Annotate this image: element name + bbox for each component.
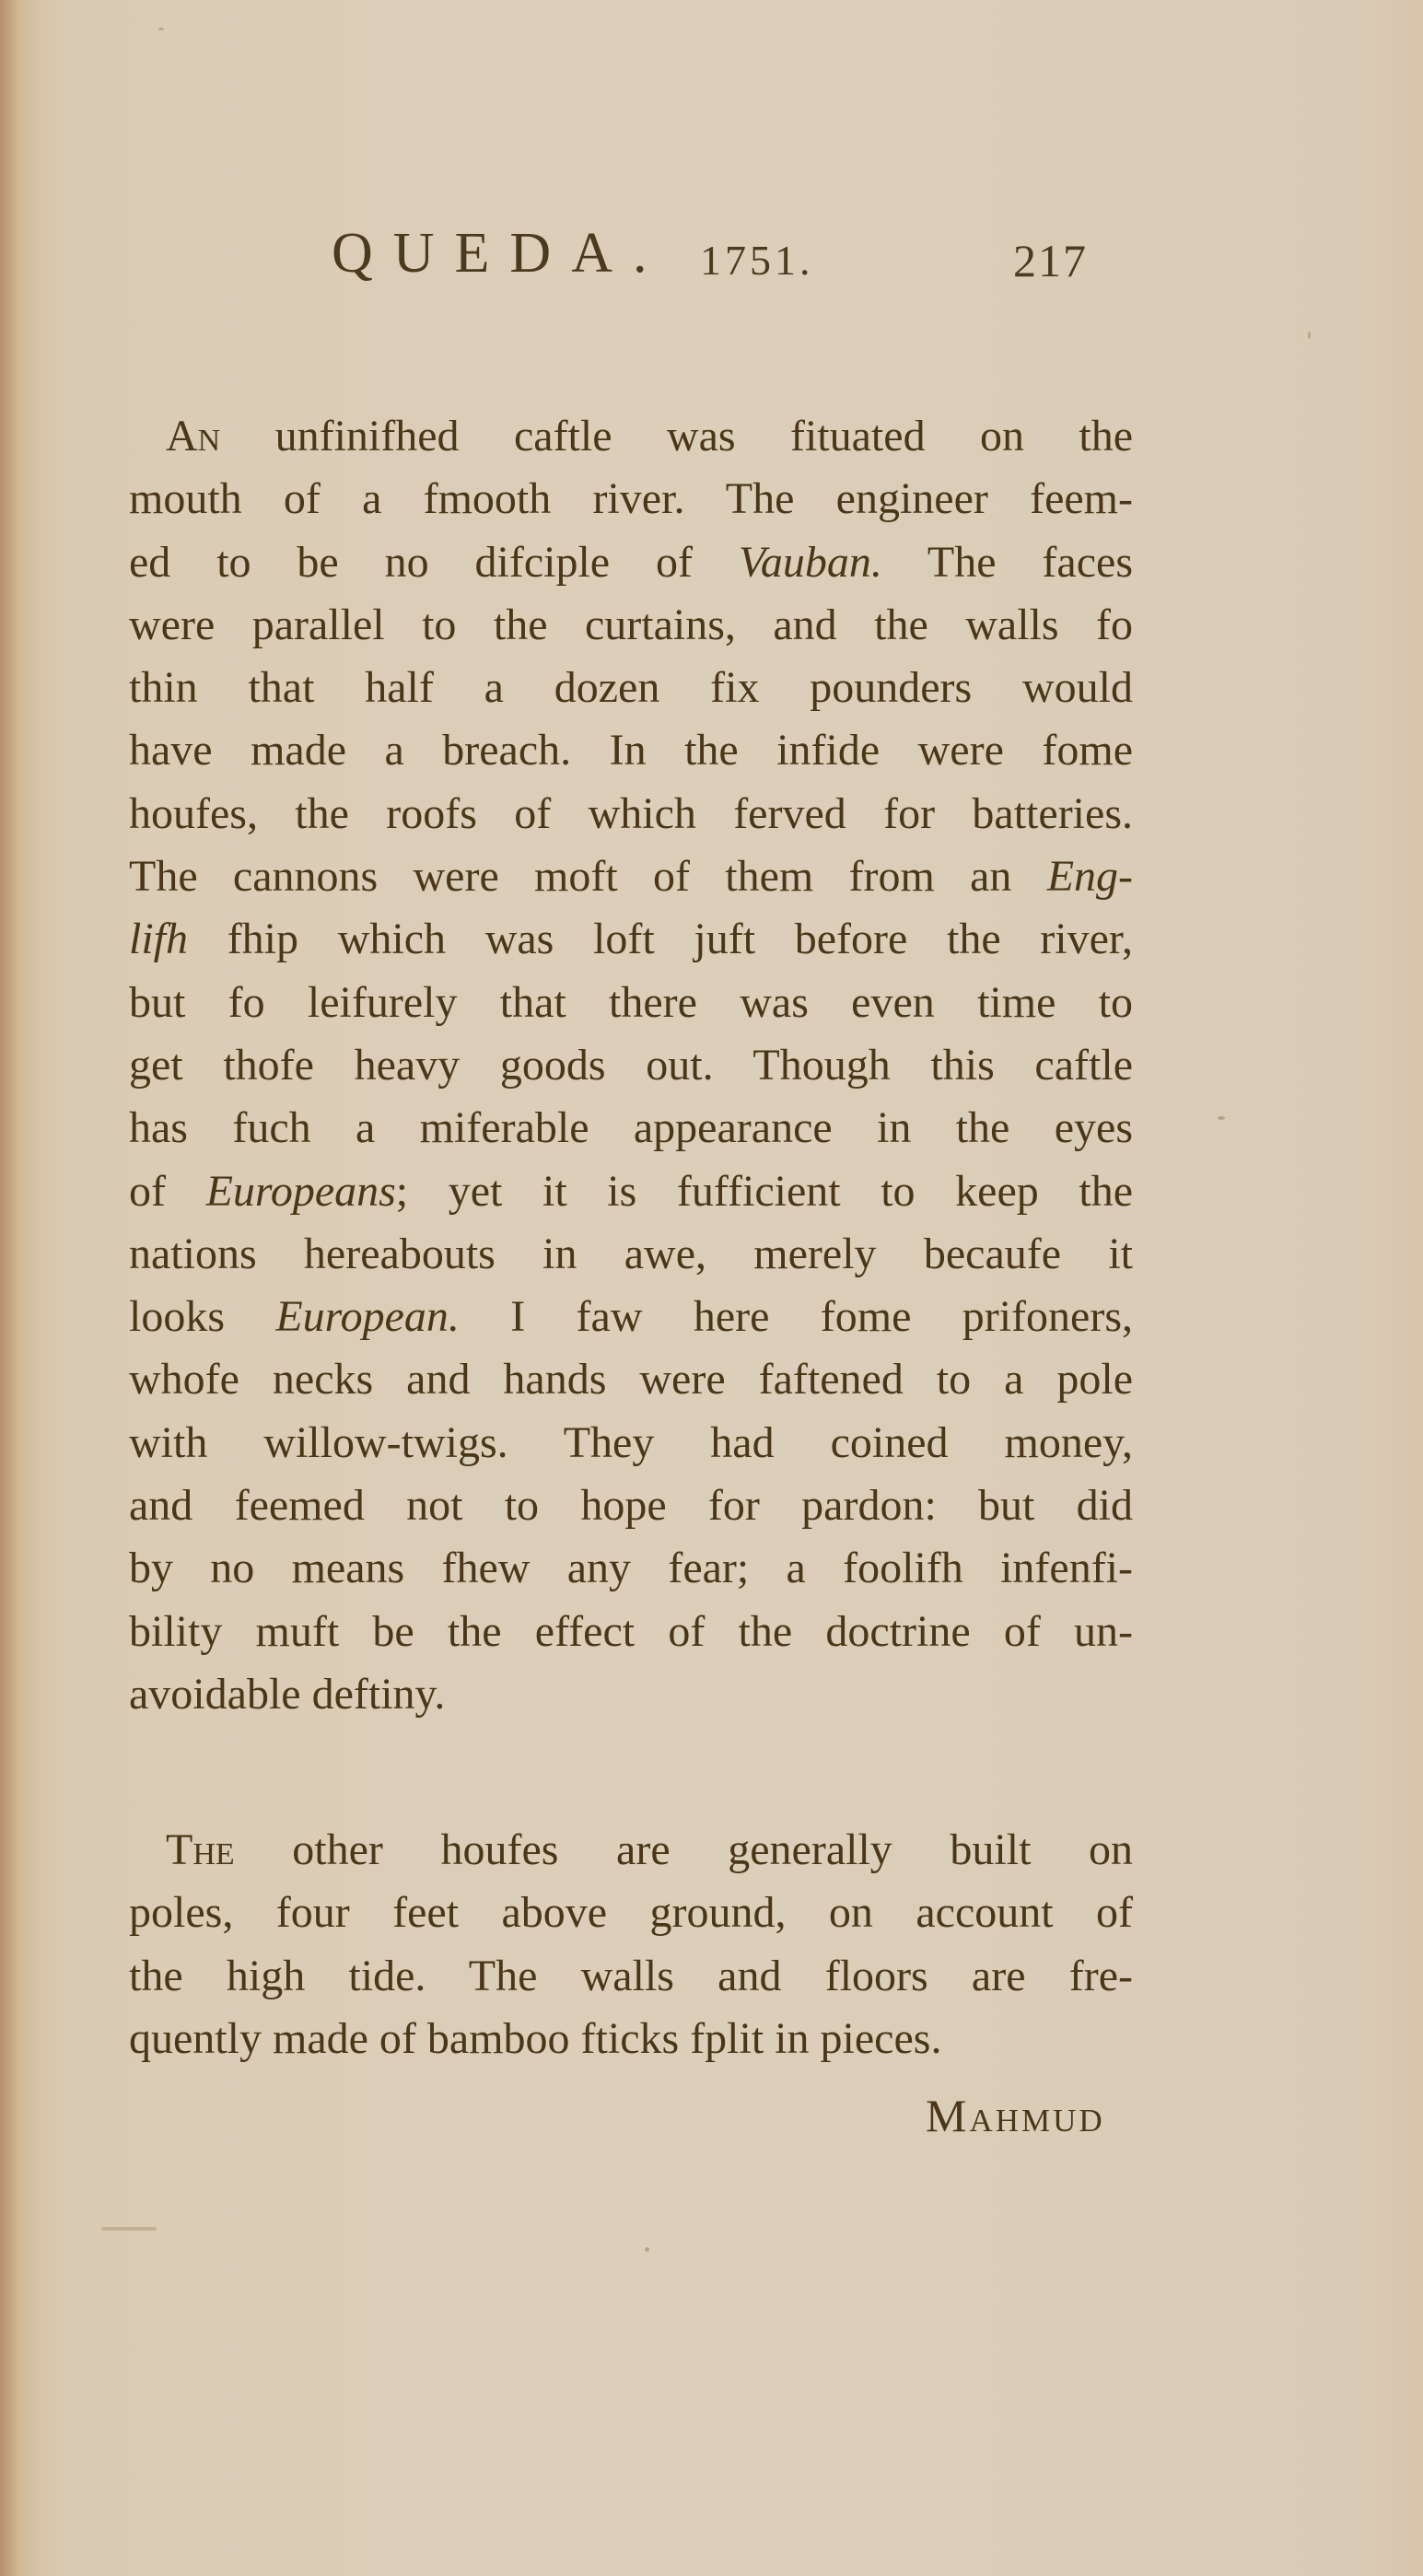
- running-head: QUEDA. 1751. 217: [304, 221, 1161, 304]
- line-text: fhip which was loft juft before the rive…: [188, 915, 1133, 963]
- line-text: ed to be no difciple of: [129, 538, 739, 587]
- text-line: have made a breach. In the infide were f…: [129, 719, 1133, 782]
- book-page: QUEDA. 1751. 217 An unfinifhed caftle wa…: [0, 0, 1423, 2576]
- text-line: get thofe heavy goods out. Though this c…: [129, 1034, 1133, 1097]
- text-line: poles, four feet above ground, on accoun…: [129, 1882, 1133, 1944]
- text-line: looks European. I faw here fome prifoner…: [129, 1286, 1133, 1348]
- text-line: nations hereabouts in awe, merely becauf…: [129, 1223, 1133, 1286]
- text-line: An unfinifhed caftle was fituated on the: [129, 405, 1133, 468]
- line-text: other houfes are generally built on: [235, 1825, 1133, 1874]
- binding-shadow: [0, 0, 20, 2576]
- text-line: houfes, the roofs of which ferved for ba…: [129, 783, 1133, 845]
- text-line: has fuch a miferable appearance in the e…: [129, 1097, 1133, 1160]
- line-text: The cannons were moft of them from an: [129, 852, 1047, 901]
- text-line: but fo leifurely that there was even tim…: [129, 972, 1133, 1034]
- text-line: were parallel to the curtains, and the w…: [129, 594, 1133, 657]
- text-line: avoidable deftiny.: [129, 1663, 1133, 1726]
- page-number: 217: [1013, 234, 1088, 287]
- italic-name: Europeans: [206, 1167, 396, 1216]
- italic-name: Eng-: [1047, 852, 1133, 901]
- paragraph-2: The other houfes are generally built on …: [129, 1819, 1133, 2070]
- text-line: lifh fhip which was loft juft before the…: [129, 908, 1133, 971]
- italic-name: lifh: [129, 915, 188, 963]
- italic-name: European.: [275, 1292, 460, 1341]
- text-line: with willow-twigs. They had coined money…: [129, 1412, 1133, 1474]
- text-line: ed to be no difciple of Vauban. The face…: [129, 531, 1133, 594]
- italic-name: Vauban.: [739, 538, 882, 587]
- text-line: and feemed not to hope for pardon: but d…: [129, 1474, 1133, 1537]
- paragraph-lead: The: [166, 1825, 235, 1874]
- catchword: Mahmud: [926, 2089, 1105, 2142]
- paper-speck: [645, 2247, 649, 2252]
- line-text: I faw here fome prifoners,: [460, 1292, 1133, 1341]
- text-line: of Europeans; yet it is fufficient to ke…: [129, 1160, 1133, 1223]
- text-line: The other houfes are generally built on: [129, 1819, 1133, 1882]
- paper-speck: [1218, 1116, 1225, 1120]
- line-text: ; yet it is fufficient to keep the: [396, 1167, 1133, 1216]
- text-line: quently made of bamboo fticks fplit in p…: [129, 2008, 1133, 2070]
- text-line: mouth of a fmooth river. The engineer fe…: [129, 468, 1133, 530]
- line-text: The faces: [882, 538, 1133, 587]
- line-text: unfinifhed caftle was fituated on the: [220, 412, 1133, 460]
- text-line: by no means fhew any fear; a foolifh inf…: [129, 1537, 1133, 1600]
- text-line: The cannons were moft of them from an En…: [129, 845, 1133, 908]
- line-text: of: [129, 1167, 206, 1216]
- text-line: bility muft be the effect of the doctrin…: [129, 1601, 1133, 1663]
- paper-speck: [158, 28, 164, 30]
- text-line: thin that half a dozen fix pounders woul…: [129, 657, 1133, 719]
- paper-speck: [1308, 332, 1311, 339]
- running-title: QUEDA.: [332, 221, 667, 286]
- line-text: looks: [129, 1292, 275, 1341]
- text-line: whofe necks and hands were faftened to a…: [129, 1348, 1133, 1411]
- paragraph-1: An unfinifhed caftle was fituated on the…: [129, 405, 1133, 1726]
- text-line: the high tide. The walls and floors are …: [129, 1945, 1133, 2008]
- running-year: 1751.: [700, 236, 814, 285]
- paragraph-lead: An: [166, 412, 220, 460]
- paper-speck: [101, 2227, 157, 2231]
